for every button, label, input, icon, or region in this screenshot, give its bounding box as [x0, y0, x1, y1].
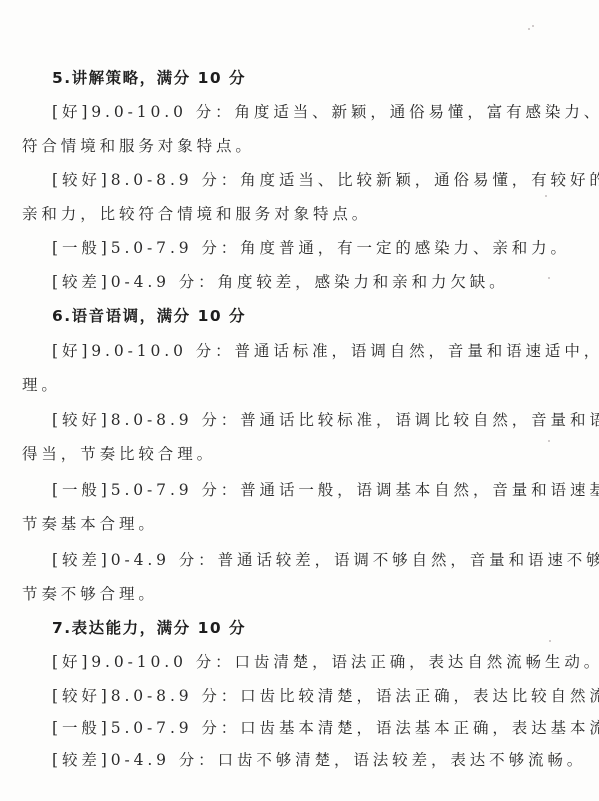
criteria-line: [较好]8.0-8.9 分：角度适当、比较新颖，通俗易懂，有较好的感染力、: [52, 170, 599, 190]
section-heading: 7.表达能力，满分 10 分: [52, 618, 246, 638]
scan-speck: [528, 28, 530, 30]
criteria-line: [较好]8.0-8.9 分：口齿比较清楚，语法正确，表达比较自然流畅。: [52, 686, 599, 706]
scan-speck: [532, 25, 534, 27]
scan-speck: [550, 757, 552, 759]
scan-speck: [545, 195, 547, 197]
criteria-line: [好]9.0-10.0 分：口齿清楚，语法正确，表达自然流畅生动。: [52, 652, 599, 672]
criteria-line: [较好]8.0-8.9 分：普通话比较标准，语调比较自然，音量和语速比较: [52, 410, 599, 430]
criteria-line: [一般]5.0-7.9 分：普通话一般，语调基本自然，音量和语速基本得当，: [52, 480, 599, 500]
criteria-line: [好]9.0-10.0 分：普通话标准，语调自然，音量和语速适中，节奏合: [52, 341, 599, 361]
criteria-line: [一般]5.0-7.9 分：角度普通，有一定的感染力、亲和力。: [52, 238, 570, 258]
criteria-line: 节奏不够合理。: [22, 584, 158, 604]
criteria-line: 节奏基本合理。: [22, 514, 158, 534]
scan-speck: [548, 277, 550, 279]
scan-speck: [548, 440, 550, 442]
criteria-line: 符合情境和服务对象特点。: [22, 136, 255, 156]
criteria-line: 亲和力，比较符合情境和服务对象特点。: [22, 204, 371, 224]
scan-speck: [549, 640, 551, 642]
criteria-line: [较差]0-4.9 分：角度较差，感染力和亲和力欠缺。: [52, 272, 509, 292]
criteria-line: 理。: [22, 375, 61, 395]
scan-speck: [548, 353, 550, 355]
document-page: 5.讲解策略，满分 10 分 [好]9.0-10.0 分：角度适当、新颖，通俗易…: [0, 0, 599, 801]
section-heading: 6.语音语调，满分 10 分: [52, 306, 246, 326]
criteria-line: [好]9.0-10.0 分：角度适当、新颖，通俗易懂，富有感染力、亲和力，: [52, 102, 599, 122]
criteria-line: 得当，节奏比较合理。: [22, 444, 216, 464]
criteria-line: [较差]0-4.9 分：普通话较差，语调不够自然，音量和语速不够得当，: [52, 550, 599, 570]
section-heading: 5.讲解策略，满分 10 分: [52, 68, 246, 88]
criteria-line: [较差]0-4.9 分：口齿不够清楚，语法较差，表达不够流畅。: [52, 750, 586, 770]
criteria-line: [一般]5.0-7.9 分：口齿基本清楚，语法基本正确，表达基本流畅。: [52, 718, 599, 738]
